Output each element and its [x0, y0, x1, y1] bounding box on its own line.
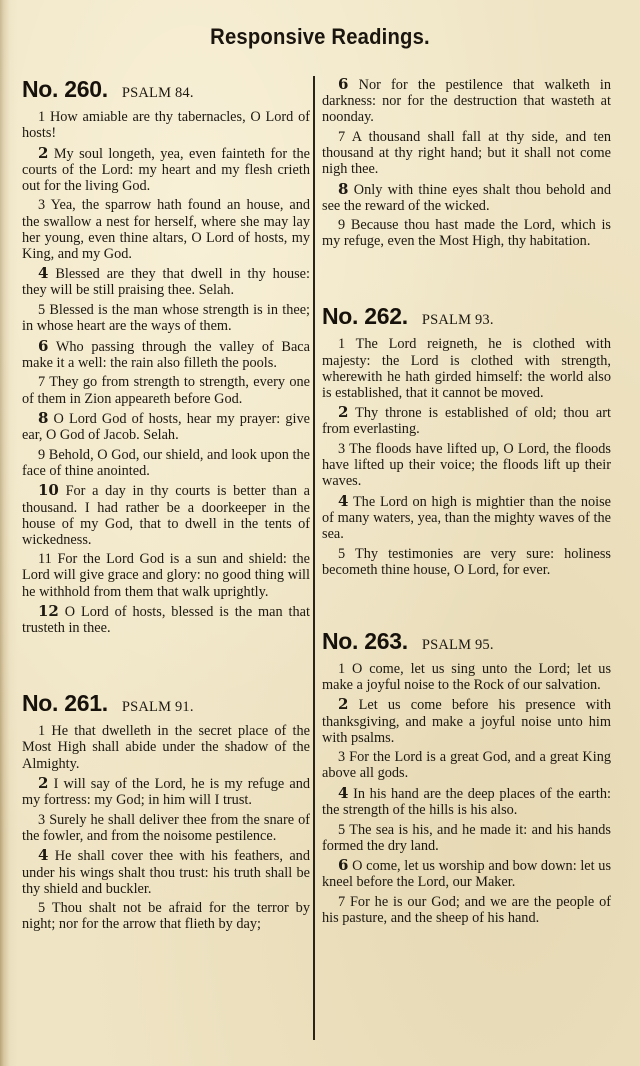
verse-number: 5: [338, 822, 345, 838]
verse-text: He that dwelleth in the secret place of …: [22, 723, 310, 771]
verse-number: 5: [38, 900, 45, 916]
verse: 9 Behold, O God, our shield, and look up…: [22, 447, 310, 479]
verse: 2 My soul longeth, yea, even fainteth fo…: [22, 145, 310, 194]
verse: 3 For the Lord is a great God, and a gre…: [322, 749, 611, 781]
verse: 4 Blessed are they that dwell in thy hou…: [22, 265, 310, 298]
verse-text: Surely he shall deliver thee from the sn…: [22, 812, 310, 844]
verse-number: 2: [38, 144, 48, 162]
verse-number: 4: [38, 264, 48, 282]
reading-number: No. 262.: [322, 303, 408, 330]
verse: 5 The sea is his, and he made it: and hi…: [322, 822, 611, 854]
verse: 4 He shall cover thee with his feathers,…: [22, 847, 310, 896]
verse-text: For a day in thy courts is better than a…: [22, 483, 310, 547]
verse-number: 12: [38, 602, 59, 620]
verse-number: 4: [38, 846, 48, 864]
verse: 6 O come, let us worship and bow down: l…: [322, 857, 611, 890]
verse-text: The floods have lifted up, O Lord, the f…: [322, 441, 611, 489]
verse-text: Thy throne is established of old; thou a…: [322, 405, 611, 437]
verse-text: Blessed is the man whose strength is in …: [22, 302, 310, 334]
verse-number: 4: [338, 784, 348, 802]
verse-number: 7: [38, 374, 45, 390]
verse-number: 8: [38, 409, 48, 427]
verse-text: A thousand shall fall at thy side, and t…: [322, 129, 611, 177]
verse-number: 1: [338, 336, 345, 352]
reading-number: No. 261.: [22, 690, 108, 717]
verse-list: 1 O come, let us sing unto the Lord; let…: [322, 661, 611, 926]
verse: 8 Only with thine eyes shalt thou behold…: [322, 181, 611, 214]
reading-262: No. 262. PSALM 93. 1 The Lord reigneth, …: [322, 303, 611, 577]
verse-text: For the Lord is a great God, and a great…: [322, 749, 611, 781]
verse: 7 They go from strength to strength, eve…: [22, 374, 310, 406]
verse-text: For the Lord God is a sun and shield: th…: [22, 551, 310, 599]
hymnal-page: Responsive Readings. No. 260. PSALM 84. …: [0, 0, 640, 1066]
reading-header: No. 263. PSALM 95.: [322, 628, 611, 655]
reading-263: No. 263. PSALM 95. 1 O come, let us sing…: [322, 628, 611, 926]
verse-number: 5: [338, 546, 345, 562]
verse-number: 2: [338, 695, 348, 713]
reading-260: No. 260. PSALM 84. 1 How amiable are thy…: [22, 76, 310, 636]
verse: 8 O Lord God of hosts, hear my prayer: g…: [22, 410, 310, 443]
verse-number: 3: [338, 749, 345, 765]
verse-text: Nor for the pestilence that walketh in d…: [322, 77, 611, 125]
verse-number: 1: [38, 723, 45, 739]
verse-text: Who passing through the valley of Baca m…: [22, 339, 310, 371]
verse-text: Thou shalt not be afraid for the terror …: [22, 900, 310, 932]
verse-text: I will say of the Lord, he is my refuge …: [22, 776, 310, 808]
verse-number: 7: [338, 894, 345, 910]
verse-text: Yea, the sparrow hath found an house, an…: [22, 197, 310, 261]
verse: 1 The Lord reigneth, he is clothed with …: [322, 336, 611, 400]
verse: 5 Thy testimonies are very sure: holines…: [322, 546, 611, 578]
verse: 1 O come, let us sing unto the Lord; let…: [322, 661, 611, 693]
psalm-reference: PSALM 93.: [422, 312, 494, 329]
verse-number: 4: [338, 492, 348, 510]
psalm-reference: PSALM 84.: [122, 85, 194, 102]
verse: 12 O Lord of hosts, blessed is the man t…: [22, 603, 310, 636]
verse-number: 2: [38, 774, 48, 792]
left-column: No. 260. PSALM 84. 1 How amiable are thy…: [22, 76, 310, 936]
verse: 5 Thou shalt not be afraid for the terro…: [22, 900, 310, 932]
page-title: Responsive Readings.: [26, 24, 615, 50]
verse: 3 Surely he shall deliver thee from the …: [22, 812, 310, 844]
verse-number: 1: [338, 661, 345, 677]
psalm-reference: PSALM 95.: [422, 637, 494, 654]
verse-text: He shall cover thee with his feathers, a…: [22, 848, 310, 896]
verse: 2 Thy throne is established of old; thou…: [322, 404, 611, 437]
right-column: 6 Nor for the pestilence that walketh in…: [322, 76, 611, 930]
verse-number: 3: [338, 441, 345, 457]
verse: 1 How amiable are thy tabernacles, O Lor…: [22, 109, 310, 141]
verse-list: 1 He that dwelleth in the secret place o…: [22, 723, 310, 932]
verse-number: 3: [38, 812, 45, 828]
verse-text: How amiable are thy tabernacles, O Lord …: [22, 109, 310, 141]
verse: 2 Let us come before his presence with t…: [322, 696, 611, 745]
verse-text: My soul longeth, yea, even fainteth for …: [22, 146, 310, 194]
verse-text: Because thou hast made the Lord, which i…: [322, 217, 611, 249]
reading-header: No. 261. PSALM 91.: [22, 690, 310, 717]
verse-number: 6: [338, 75, 348, 93]
verse-text: O come, let us worship and bow down: let…: [322, 858, 611, 890]
verse-number: 9: [38, 447, 45, 463]
reading-261: No. 261. PSALM 91. 1 He that dwelleth in…: [22, 690, 310, 932]
verse: 7 For he is our God; and we are the peop…: [322, 894, 611, 926]
reading-number: No. 263.: [322, 628, 408, 655]
verse: 11 For the Lord God is a sun and shield:…: [22, 551, 310, 599]
verse-text: O come, let us sing unto the Lord; let u…: [322, 661, 611, 693]
verse-number: 6: [38, 337, 48, 355]
verse-text: Only with thine eyes shalt thou behold a…: [322, 182, 611, 214]
verse: 5 Blessed is the man whose strength is i…: [22, 302, 310, 334]
verse-text: Blessed are they that dwell in thy house…: [22, 266, 310, 298]
verse-number: 2: [338, 403, 348, 421]
verse: 6 Who passing through the valley of Baca…: [22, 338, 310, 371]
verse-number: 10: [38, 481, 59, 499]
verse-list: 1 How amiable are thy tabernacles, O Lor…: [22, 109, 310, 636]
column-divider: [313, 76, 315, 1040]
psalm-reference: PSALM 91.: [122, 699, 194, 716]
verse-number: 5: [38, 302, 45, 318]
verse-text: For he is our God; and we are the people…: [322, 894, 611, 926]
verse: 9 Because thou hast made the Lord, which…: [322, 217, 611, 249]
verse-number: 9: [338, 217, 345, 233]
verse: 4 The Lord on high is mightier than the …: [322, 493, 611, 542]
verse-text: Let us come before his presence with tha…: [322, 697, 611, 745]
verse-number: 8: [338, 180, 348, 198]
verse-text: In his hand are the deep places of the e…: [322, 786, 611, 818]
verse: 3 Yea, the sparrow hath found an house, …: [22, 197, 310, 261]
verse-text: Behold, O God, our shield, and look upon…: [22, 447, 310, 479]
verse-text: The Lord on high is mightier than the no…: [322, 494, 611, 542]
verse-list: 6 Nor for the pestilence that walketh in…: [322, 76, 611, 249]
verse-text: O Lord God of hosts, hear my prayer: giv…: [22, 411, 310, 443]
verse-text: The sea is his, and he made it: and his …: [322, 822, 611, 854]
verse-number: 11: [38, 551, 52, 567]
verse: 6 Nor for the pestilence that walketh in…: [322, 76, 611, 125]
verse: 1 He that dwelleth in the secret place o…: [22, 723, 310, 771]
reading-number: No. 260.: [22, 76, 108, 103]
verse: 10 For a day in thy courts is better tha…: [22, 482, 310, 547]
verse: 7 A thousand shall fall at thy side, and…: [322, 129, 611, 177]
verse-text: The Lord reigneth, he is clothed with ma…: [322, 336, 611, 400]
verse-number: 6: [338, 856, 348, 874]
verse-text: They go from strength to strength, every…: [22, 374, 310, 406]
verse: 3 The floods have lifted up, O Lord, the…: [322, 441, 611, 489]
verse-list: 1 The Lord reigneth, he is clothed with …: [322, 336, 611, 577]
verse-number: 1: [38, 109, 45, 125]
verse-number: 3: [38, 197, 45, 213]
verse-text: O Lord of hosts, blessed is the man that…: [22, 604, 310, 636]
verse: 2 I will say of the Lord, he is my refug…: [22, 775, 310, 808]
reading-261-continued: 6 Nor for the pestilence that walketh in…: [322, 76, 611, 249]
reading-header: No. 260. PSALM 84.: [22, 76, 310, 103]
reading-header: No. 262. PSALM 93.: [322, 303, 611, 330]
verse: 4 In his hand are the deep places of the…: [322, 785, 611, 818]
verse-number: 7: [338, 129, 345, 145]
verse-text: Thy testimonies are very sure: holiness …: [322, 546, 611, 578]
